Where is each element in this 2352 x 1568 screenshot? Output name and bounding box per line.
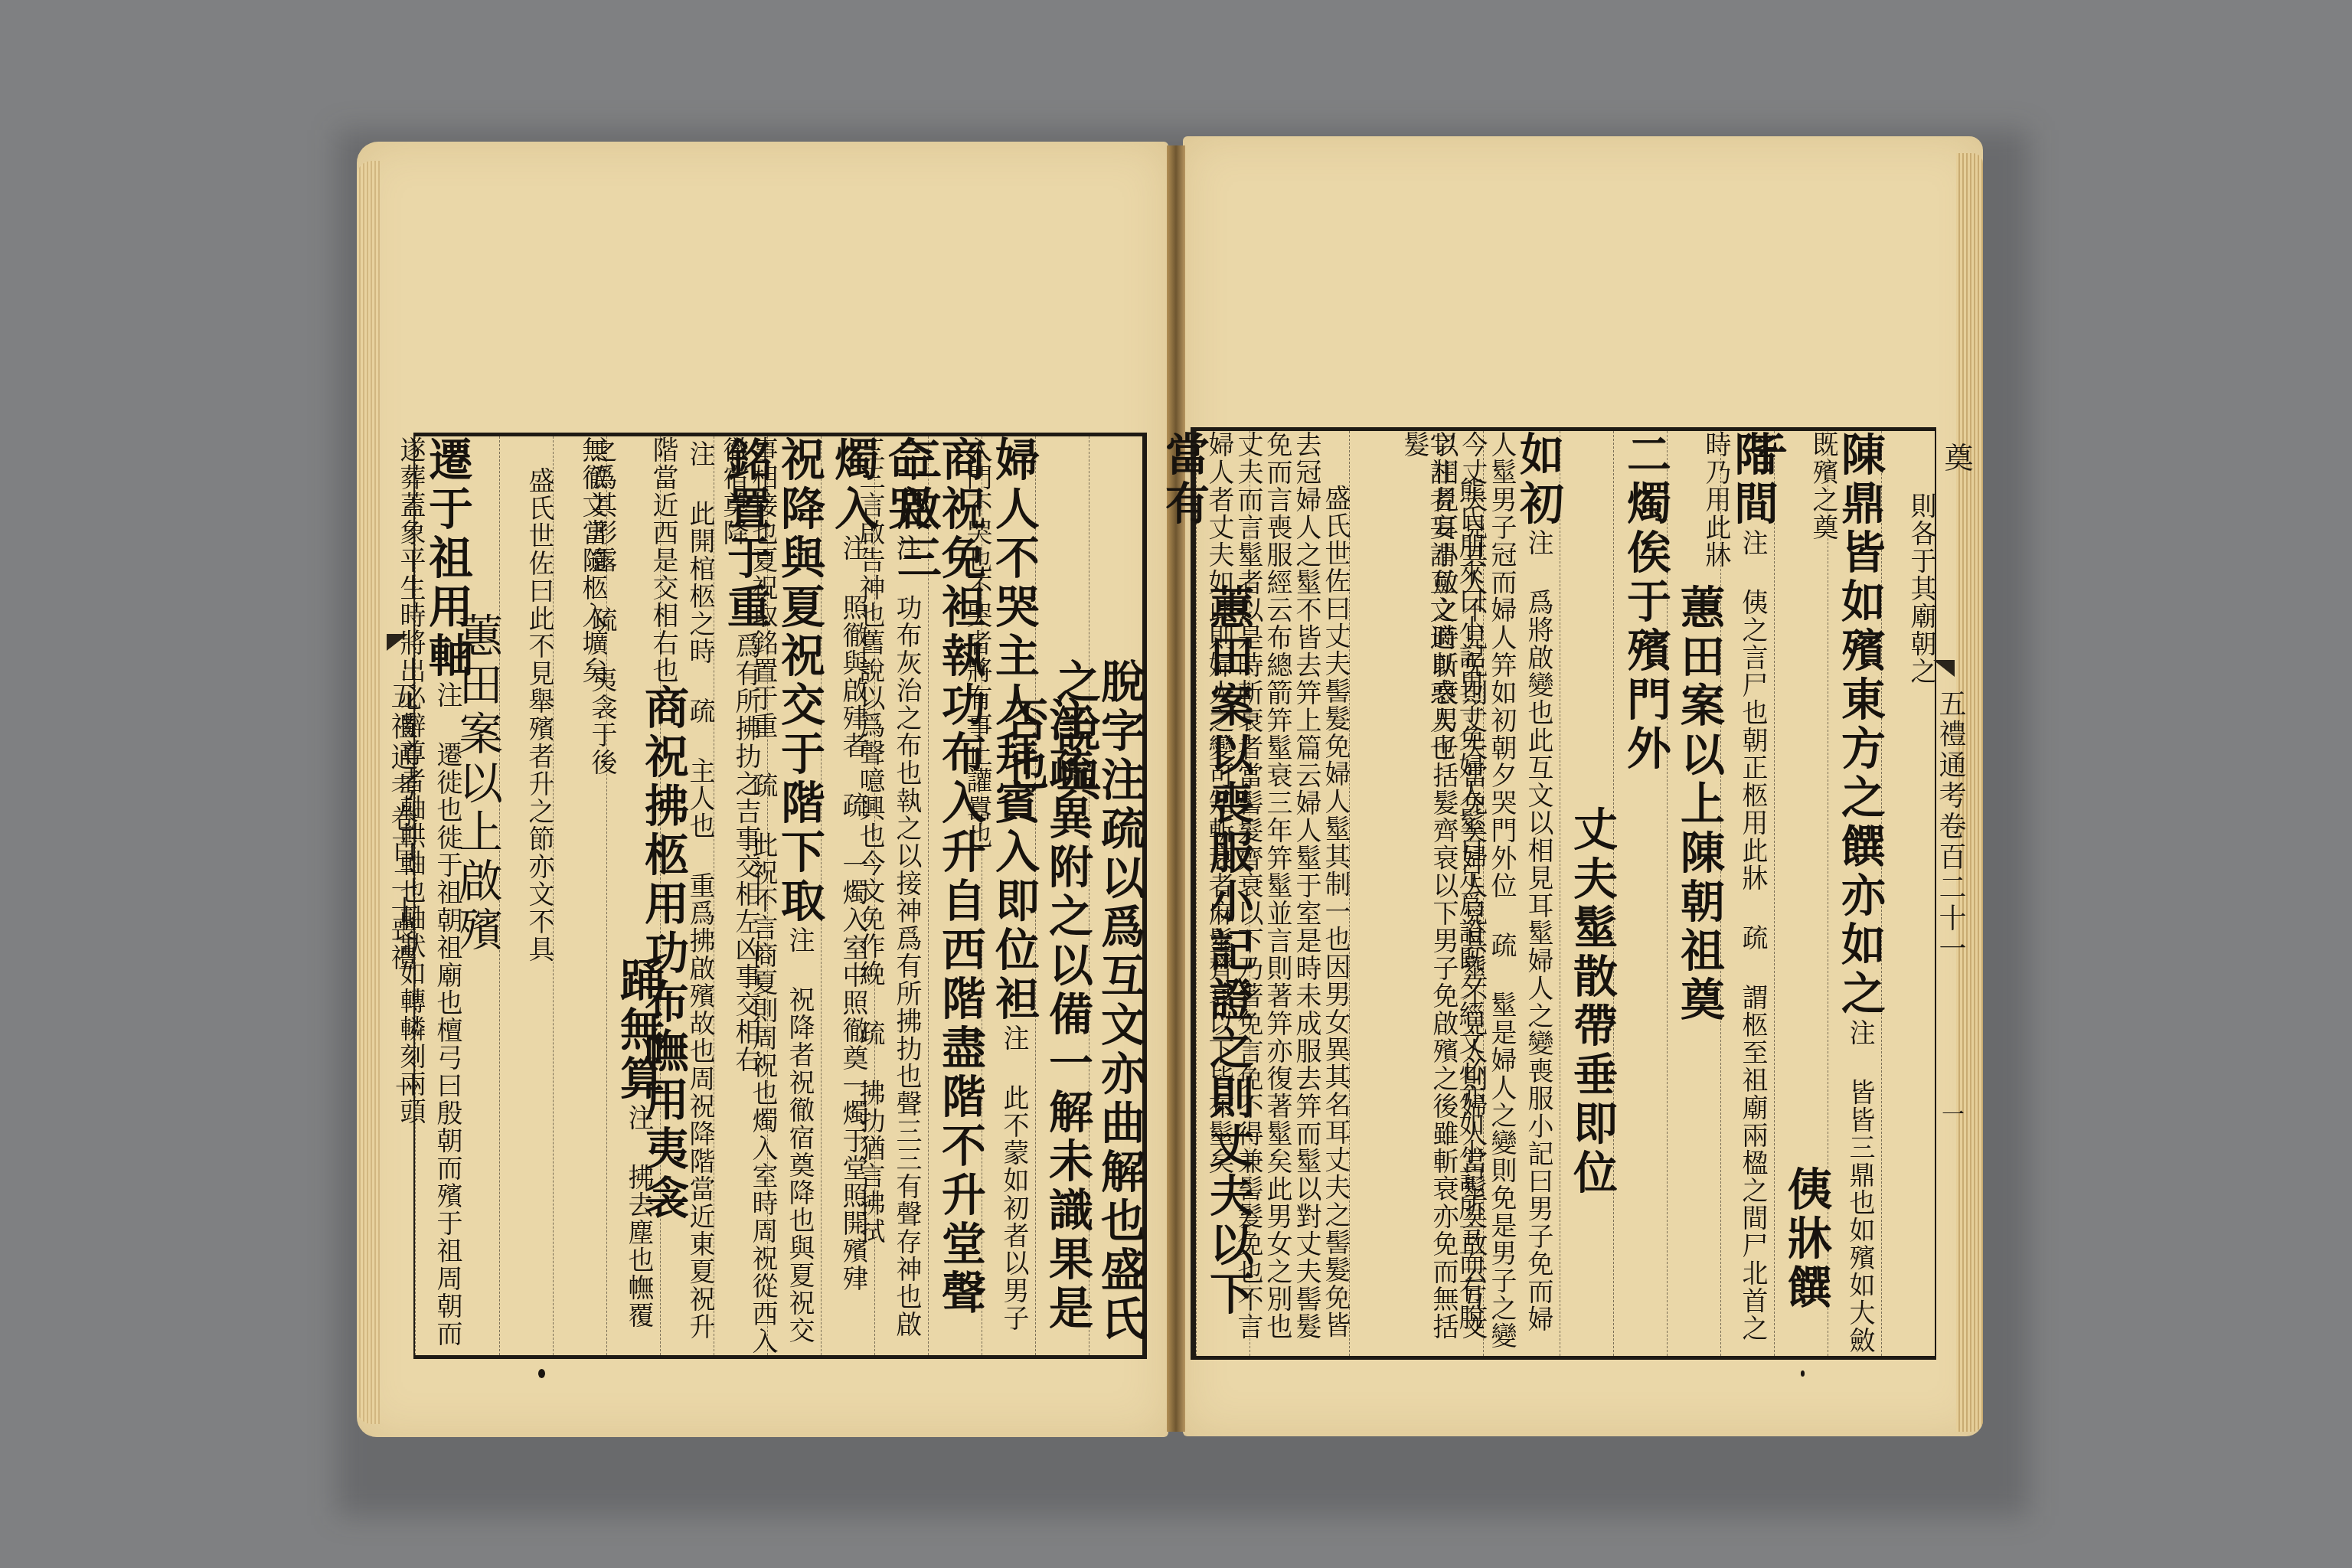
right-margin-leaf: 一 — [1933, 1102, 1967, 1129]
left-col-11: 無徹文當隨柩入壙矣 — [553, 436, 607, 1355]
ink-speck — [538, 1369, 545, 1378]
right-col-6: 二燭俟于殯門外 — [1613, 431, 1668, 1356]
right-col-1: 則各于其廟朝之 — [1881, 431, 1935, 1356]
left-col-8: 銘置于重爲有所拂扐之吉事交相左凶事交相右 — [714, 436, 768, 1355]
left-col-12: 盛氏世佐曰此不見舉殯者升之節亦文不具 — [499, 436, 554, 1355]
right-margin-top-note: 奠 — [1935, 443, 1978, 475]
left-col-3: 婦人不哭主人拜賓入即位袒注 此不蒙如初者以男子入門不哭也不哭者將有事止讙囂也 — [982, 436, 1036, 1355]
left-text-frame: 脫字注疏以爲互文亦曲解也盛氏之說與 注疏異附之以備一解未識果是否也 婦人不哭主人… — [413, 433, 1147, 1359]
left-col-13: 蕙田案以上啟殯 — [469, 436, 499, 1355]
left-col-10: 踊無算注 拂去塵也幠覆之爲其形露 疏 夷衾于後 — [606, 436, 661, 1355]
right-col-2: 陳鼎皆如殯東方之饌亦如之注 皆皆三鼎也如殯如大斂既殯之奠 — [1828, 431, 1882, 1356]
right-col-10: 盛氏世佐曰丈夫髻髮免婦人髽其制一也因男女異其名耳丈夫之髻髮免皆去冠婦人之髽不皆去… — [1249, 431, 1350, 1356]
left-col-2: 注疏異附之以備一解未識果是否也 — [1035, 436, 1089, 1355]
left-col-1: 脫字注疏以爲互文亦曲解也盛氏之說與 — [1089, 436, 1142, 1355]
left-col-6: 燭入注 照徹與啟肂者 疏 一燭入室中照徹奠一燭于堂照開殯肂 — [821, 436, 875, 1355]
right-col-5: 蕙田案以上陳朝祖奠 — [1667, 431, 1721, 1356]
left-col-5: 命哭注 功布灰治之布也執之以接神爲有所拂扐也聲三三有聲存神也啟三三言啟告神也舊說… — [874, 436, 929, 1355]
book-gutter — [1167, 145, 1185, 1432]
right-col-7: 丈夫髽散帶垂即位 — [1560, 431, 1614, 1356]
right-col-3: 侇牀饌于 — [1774, 431, 1828, 1356]
left-page-edges — [357, 161, 380, 1424]
right-col-11: 蕙田案以喪服小記證之則丈夫以下當有 — [1196, 431, 1250, 1356]
right-col-9: 熊氏朋來曰小記男子免婦人髽自足爲證既夕經文必亦如小記所言而有脫字註者妄謂互文適以… — [1349, 431, 1484, 1356]
left-col-14: 遷于祖用軸注 遷徙也徙于祖朝祖廟也檀弓曰殷朝而殯于祖周朝而遂葬蓋象平生時將出必辭… — [415, 436, 469, 1355]
right-col-4: 階間注 侇之言尸也朝正柩用此牀 疏 謂柩至祖廟兩楹之間尸北首之時乃用此牀 — [1720, 431, 1775, 1356]
right-fishtail-icon — [1933, 660, 1955, 677]
left-col-9: 注 此開棺柩之時 疏 主人也 重爲拂啟殯故也周祝降階當近東夏祝升階當近西是交相右… — [660, 436, 714, 1355]
ink-speck — [1801, 1370, 1805, 1377]
right-margin-title: 五禮通考卷百二十一 — [1931, 689, 1970, 965]
left-col-7: 祝降與夏祝交于階下取注 祝降者祝徹宿奠降也與夏祝交事相接也夏祝取銘置于重 疏 此… — [767, 436, 822, 1355]
right-text-frame: 則各于其廟朝之 陳鼎皆如殯東方之饌亦如之注 皆皆三鼎也如殯如大斂既殯之奠 侇牀饌… — [1191, 427, 1936, 1360]
right-col-8: 如初注 爲將啟變也此互文以相見耳髽婦人之變喪服小記曰男子免而婦人髽男子冠而婦人笄… — [1483, 431, 1560, 1356]
left-col-4: 商祝免袒執功布入升自西階盡階不升堂聲三啟三 — [928, 436, 982, 1355]
